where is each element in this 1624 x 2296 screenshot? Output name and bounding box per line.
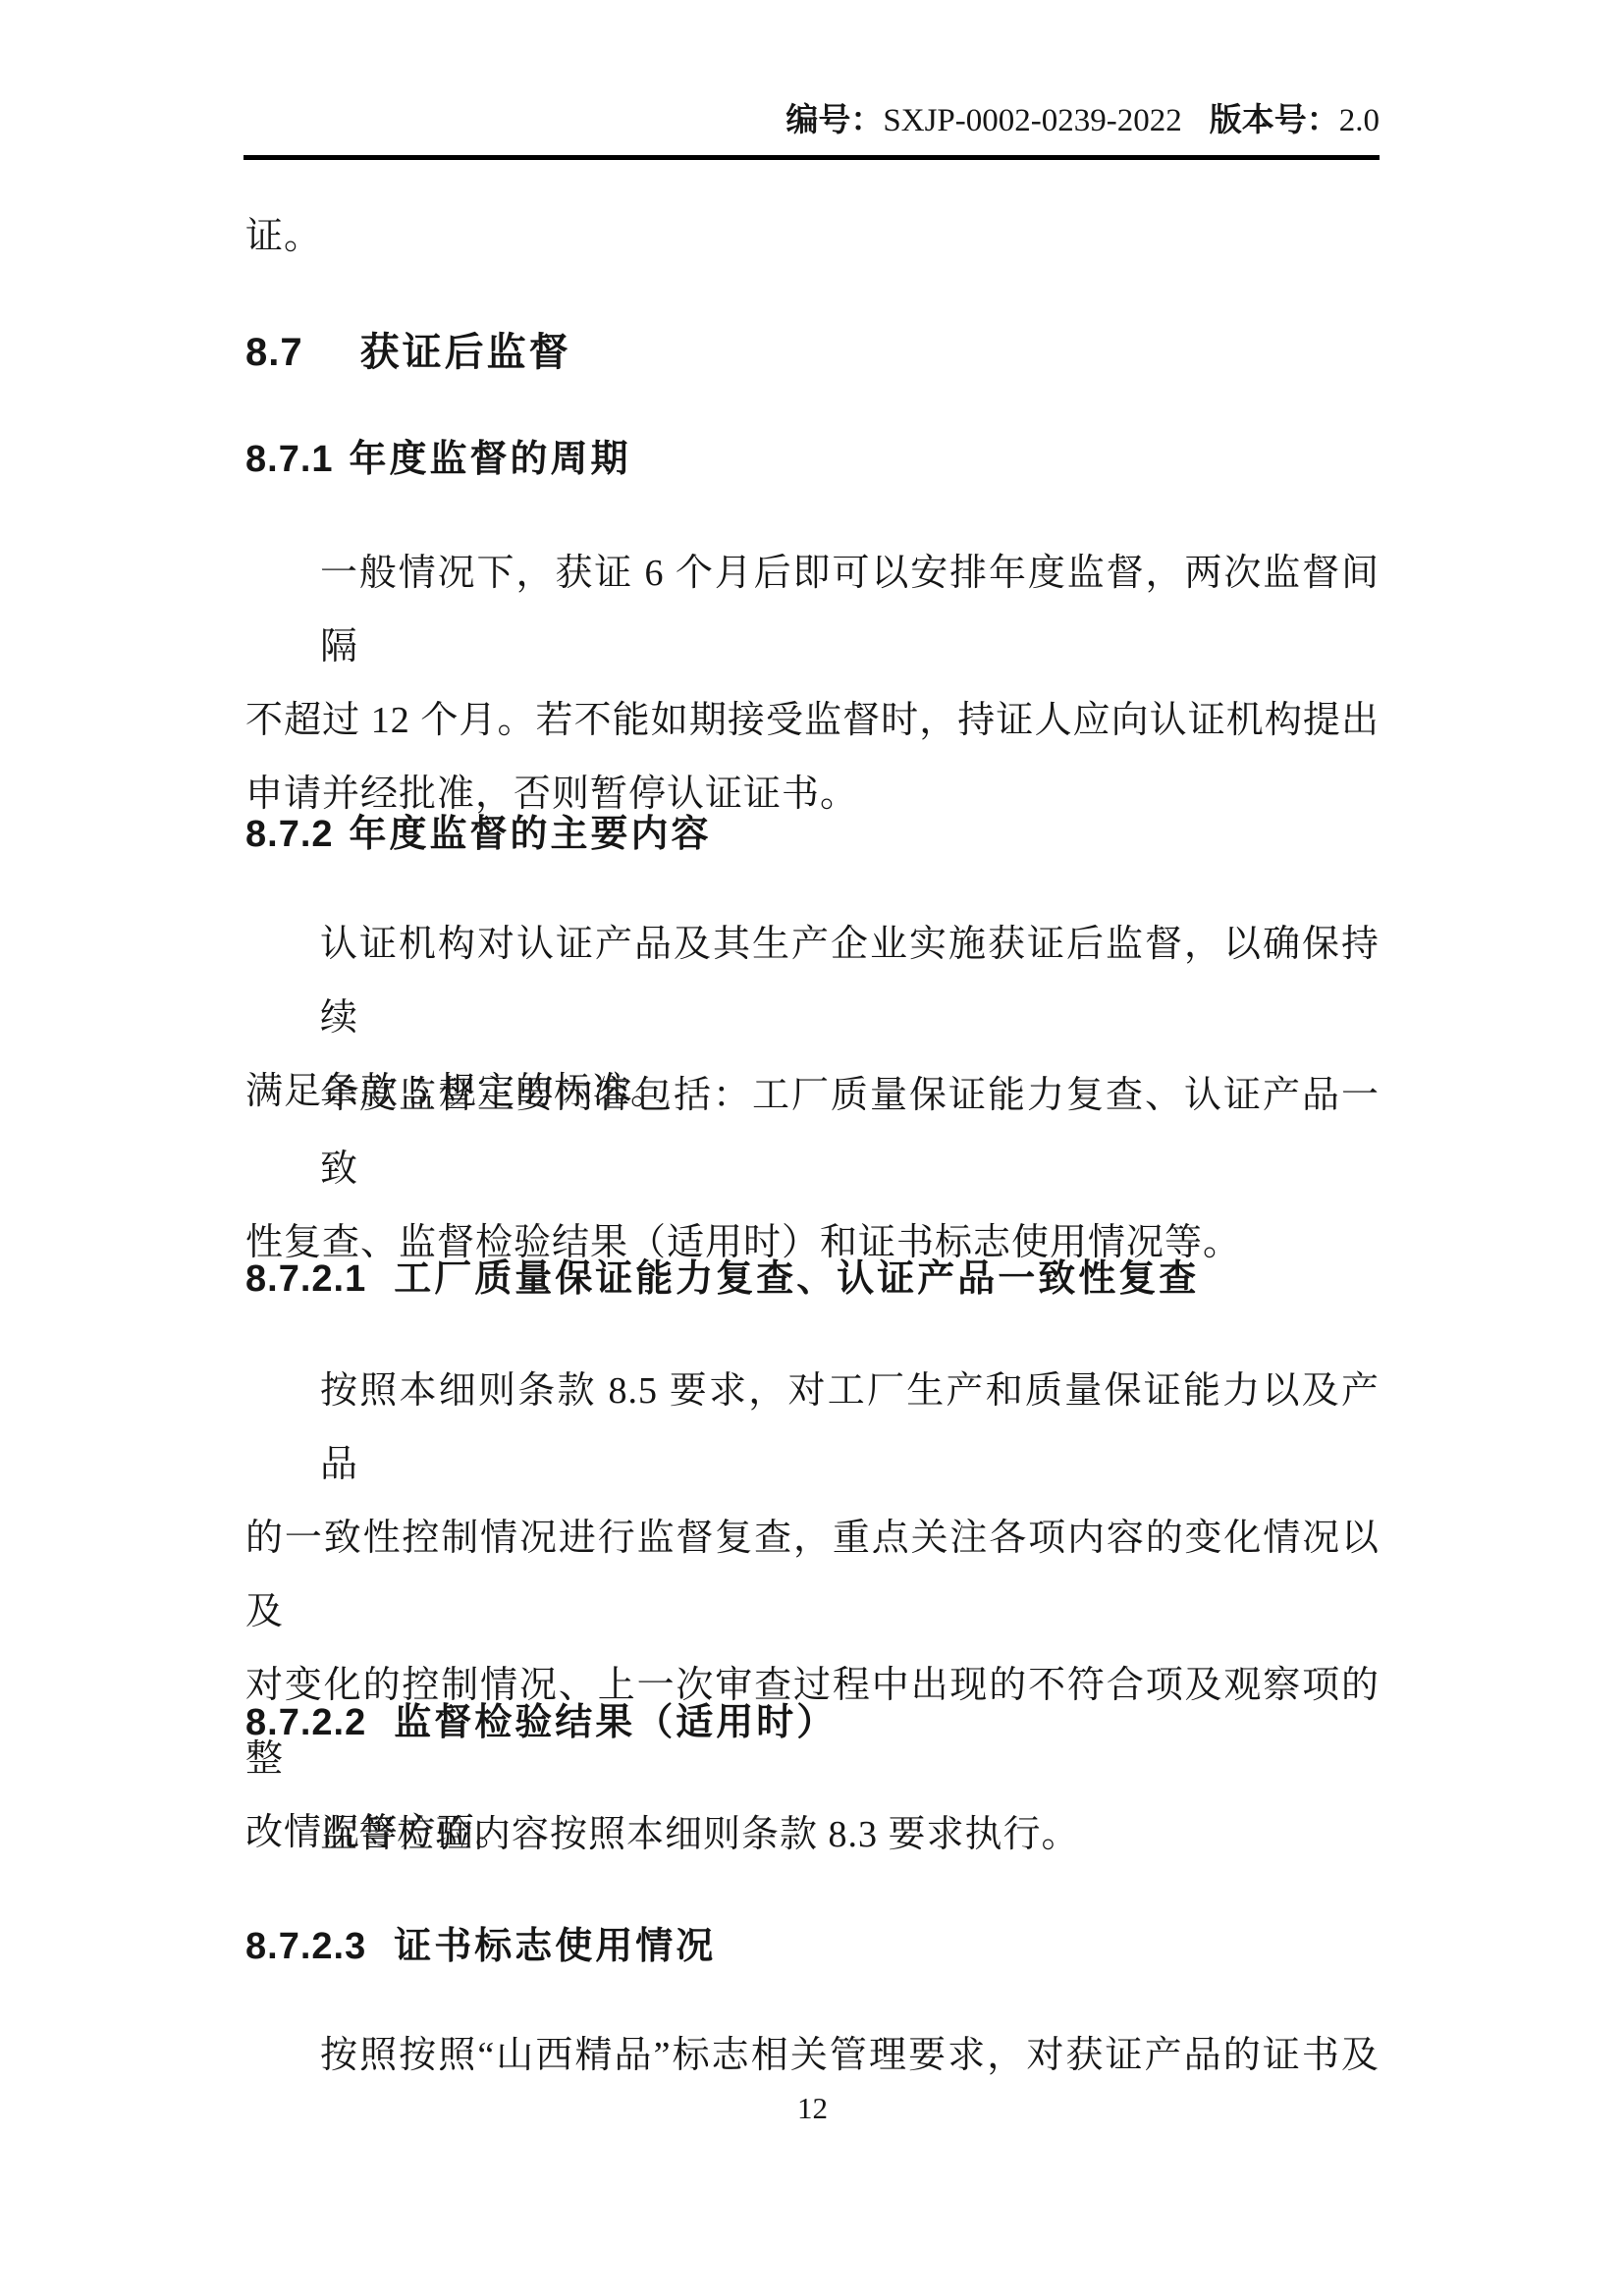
heading-title: 获证后监督 [360,331,571,374]
document-page: 编号：SXJP-0002-0239-2022版本号：2.0 证。 8.7获证后监… [0,0,1624,2296]
paragraph-line: 按照本细则条款 8.5 要求，对工厂生产和质量保证能力以及产品 [245,1355,1380,1502]
paragraph: 一般情况下，获证 6 个月后即可以安排年度监督，两次监督间隔 不超过 12 个月… [245,537,1380,831]
heading-number: 8.7 [245,331,303,374]
paragraph: 监督检验内容按照本细则条款 8.3 要求执行。 [245,1798,1380,1872]
heading-title: 年度监督的主要内容 [350,814,712,855]
heading-number: 8.7.2.3 [245,1926,366,1967]
heading-number: 8.7.2 [245,814,334,855]
section-heading-8-7-2-2: 8.7.2.2监督检验结果（适用时） [245,1701,1380,1744]
version-value: 2.0 [1339,103,1380,138]
paragraph-line: 的一致性控制情况进行监督复查，重点关注各项内容的变化情况以及 [245,1502,1380,1649]
section-heading-8-7-1: 8.7.1年度监督的周期 [245,438,1380,481]
heading-number: 8.7.2.2 [245,1702,366,1743]
paragraph-line: 认证机构对认证产品及其生产企业实施获证后监督，以确保持续 [245,908,1380,1055]
paragraph-line: 年度监督主要内容包括：工厂质量保证能力复查、认证产品一致 [245,1059,1380,1206]
section-heading-8-7-2-1: 8.7.2.1工厂质量保证能力复查、认证产品一致性复查 [245,1257,1380,1301]
section-heading-8-7: 8.7获证后监督 [245,330,1380,375]
paragraph: 年度监督主要内容包括：工厂质量保证能力复查、认证产品一致 性复查、监督检验结果（… [245,1059,1380,1280]
heading-title: 年度监督的周期 [350,439,631,480]
paragraph: 按照按照“山西精品”标志相关管理要求，对获证产品的证书及 [245,2019,1380,2093]
paragraph-line: 证。 [245,200,1380,274]
section-heading-8-7-2: 8.7.2年度监督的主要内容 [245,813,1380,856]
header-rule [244,155,1380,160]
paragraph-line: 按照按照“山西精品”标志相关管理要求，对获证产品的证书及 [245,2019,1380,2093]
heading-title: 证书标志使用情况 [394,1926,716,1967]
heading-number: 8.7.2.1 [245,1258,366,1300]
heading-title: 工厂质量保证能力复查、认证产品一致性复查 [394,1258,1199,1300]
paragraph-line: 一般情况下，获证 6 个月后即可以安排年度监督，两次监督间隔 [245,537,1380,684]
continuation-paragraph: 证。 [245,200,1380,274]
doc-number-value: SXJP-0002-0239-2022 [883,103,1181,138]
section-heading-8-7-2-3: 8.7.2.3证书标志使用情况 [245,1925,1380,1968]
doc-number-label: 编号： [785,101,883,137]
paragraph-line: 不超过 12 个月。若不能如期接受监督时，持证人应向认证机构提出 [245,684,1380,758]
heading-number: 8.7.1 [245,439,334,480]
paragraph: 按照本细则条款 8.5 要求，对工厂生产和质量保证能力以及产品 的一致性控制情况… [245,1355,1380,1870]
page-header: 编号：SXJP-0002-0239-2022版本号：2.0 [245,100,1380,140]
page-number: 12 [245,2089,1380,2128]
heading-title: 监督检验结果（适用时） [394,1702,837,1743]
paragraph-line: 监督检验内容按照本细则条款 8.3 要求执行。 [245,1798,1380,1872]
version-label: 版本号： [1210,101,1339,137]
